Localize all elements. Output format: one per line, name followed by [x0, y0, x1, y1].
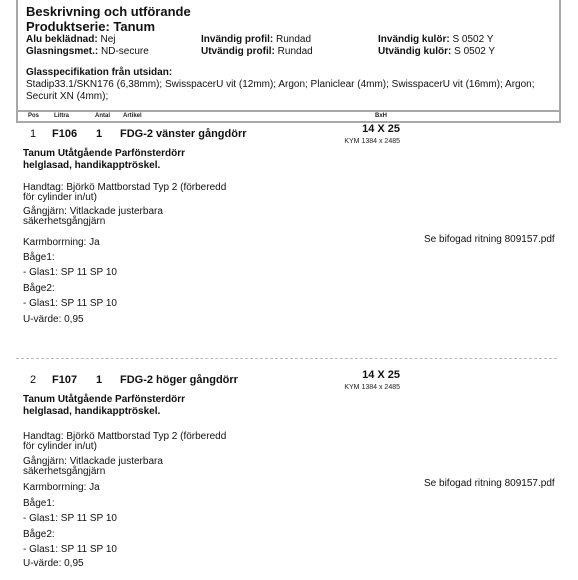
- col-littra: Littra: [54, 112, 69, 121]
- spec-bage1: Båge1:: [23, 498, 55, 510]
- drawing-reference: Se bifogad ritning 809157.pdf: [424, 234, 555, 246]
- desc-line-1: Tanum Utåtgående Parfönsterdörr: [23, 394, 185, 406]
- attr-value: Rundad: [276, 34, 311, 45]
- spec-bage2-glas: - Glas1: SP 11 SP 10: [23, 544, 117, 556]
- col-antal: Antal: [95, 112, 110, 121]
- spec-gangjarn: Gångjärn: Vitlackade justerbara säkerhet…: [23, 457, 163, 477]
- attr-label: Invändig profil:: [201, 34, 273, 45]
- item-kym: KYM 1384 x 2485: [300, 137, 400, 146]
- spec-line: säkerhetsgångjärn: [23, 467, 163, 477]
- desc-line-1: Tanum Utåtgående Parfönsterdörr: [23, 148, 185, 160]
- spec-u-varde: U-värde: 0,95: [23, 314, 84, 326]
- item-pos: 1: [30, 128, 36, 141]
- item-antal: 1: [96, 374, 102, 387]
- spec-line: säkerhetsgångjärn: [23, 217, 163, 227]
- desc-line-2: helglasad, handikapptröskel.: [23, 406, 185, 418]
- attr-invaendig-profil: Invändig profil: Rundad: [201, 34, 311, 46]
- attr-label: Utvändig profil:: [201, 46, 275, 57]
- item-separator: [16, 358, 557, 359]
- attr-value: S 0502 Y: [452, 34, 493, 45]
- attr-value: Nej: [100, 34, 115, 45]
- attr-value: Rundad: [278, 46, 313, 57]
- item-size: 14 X 25: [320, 123, 400, 136]
- spec-handtag: Handtag: Björkö Mattborstad Typ 2 (förbe…: [23, 183, 226, 203]
- description-header: Beskrivning och utförande Produktserie: …: [16, 0, 561, 112]
- col-artikel: Artikel: [123, 112, 142, 121]
- item-pos: 2: [30, 374, 36, 387]
- item-artikel: FDG-2 höger gångdörr: [120, 374, 238, 387]
- attr-value: ND-secure: [101, 46, 149, 57]
- section-title: Beskrivning och utförande: [26, 4, 191, 19]
- spec-bage1: Båge1:: [23, 252, 55, 264]
- attr-invaendig-kuloer: Invändig kulör: S 0502 Y: [378, 34, 493, 46]
- attr-label: Invändig kulör:: [378, 34, 450, 45]
- col-bxh: BxH: [375, 112, 387, 121]
- column-header-row: Pos Littra Antal Artikel BxH: [16, 112, 561, 123]
- item-description: Tanum Utåtgående Parfönsterdörr helglasa…: [23, 148, 185, 172]
- spec-bage2: Båge2:: [23, 529, 55, 541]
- drawing-reference: Se bifogad ritning 809157.pdf: [424, 478, 555, 490]
- spec-line: för cylinder in/ut): [23, 193, 226, 203]
- attr-label: Alu beklädnad:: [26, 34, 98, 45]
- glass-spec-text: Stadip33.1/SKN176 (6,38mm); SwisspacerU …: [26, 79, 551, 103]
- attr-utvaendig-profil: Utvändig profil: Rundad: [201, 46, 313, 58]
- attr-utvaendig-kuloer: Utvändig kulör: S 0502 Y: [378, 46, 495, 58]
- spec-karmborrning: Karmborrning: Ja: [23, 482, 100, 494]
- item-antal: 1: [96, 128, 102, 141]
- item-littra: F107: [52, 374, 77, 387]
- item-size: 14 X 25: [320, 369, 400, 382]
- spec-bage1-glas: - Glas1: SP 11 SP 10: [23, 267, 117, 279]
- item-kym: KYM 1384 x 2485: [300, 383, 400, 392]
- spec-bage1-glas: - Glas1: SP 11 SP 10: [23, 513, 117, 525]
- item-artikel: FDG-2 vänster gångdörr: [120, 128, 247, 141]
- spec-handtag: Handtag: Björkö Mattborstad Typ 2 (förbe…: [23, 432, 226, 452]
- item-description: Tanum Utåtgående Parfönsterdörr helglasa…: [23, 394, 185, 418]
- spec-bage2-glas: - Glas1: SP 11 SP 10: [23, 298, 117, 310]
- spec-line: för cylinder in/ut): [23, 442, 226, 452]
- col-pos: Pos: [28, 112, 39, 121]
- product-series: Produktserie: Tanum: [26, 19, 155, 34]
- attr-glasningsmet: Glasningsmet.: ND-secure: [26, 46, 149, 58]
- spec-karmborrning: Karmborrning: Ja: [23, 237, 100, 249]
- desc-line-2: helglasad, handikapptröskel.: [23, 160, 185, 172]
- spec-u-varde: U-värde: 0,95: [23, 558, 84, 570]
- attr-label: Glasningsmet.:: [26, 46, 98, 57]
- attr-value: S 0502 Y: [454, 46, 495, 57]
- attr-label: Utvändig kulör:: [378, 46, 451, 57]
- attr-alu-beklaednad: Alu beklädnad: Nej: [26, 34, 115, 46]
- spec-gangjarn: Gångjärn: Vitlackade justerbara säkerhet…: [23, 207, 163, 227]
- glass-spec-label: Glasspecifikation från utsidan:: [26, 67, 172, 79]
- spec-bage2: Båge2:: [23, 283, 55, 295]
- item-littra: F106: [52, 128, 77, 141]
